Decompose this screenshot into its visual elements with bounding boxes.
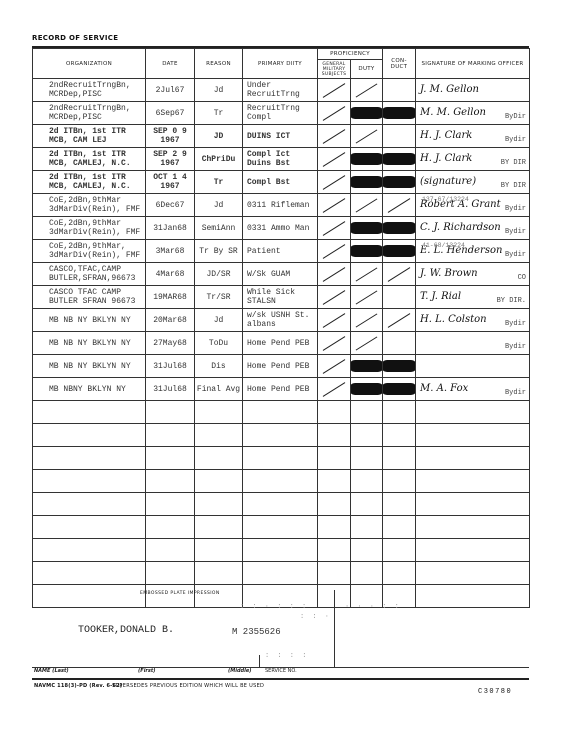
cell-organization: 2ndRecruitTrngBn, MCRDep,PISC	[33, 102, 146, 125]
slash-mark	[323, 175, 346, 190]
cell-duty	[351, 332, 383, 355]
empty-cell	[351, 470, 383, 493]
cell-date: 19MAR68	[146, 286, 195, 309]
empty-cell	[318, 447, 351, 470]
cell-signature: Bydir	[416, 332, 530, 355]
redaction-mark	[383, 360, 416, 372]
by-direction-note: Bydir	[505, 320, 526, 329]
slash-mark	[323, 359, 346, 374]
cell-gms	[318, 102, 351, 125]
empty-row	[33, 424, 530, 447]
cell-organization: CASCO TFAC CAMP BUTLER SFRAN 96673	[33, 286, 146, 309]
cell-signature: J. W. BrownCO	[416, 263, 530, 286]
cell-gms	[318, 125, 351, 148]
empty-cell	[351, 424, 383, 447]
by-direction-note: Bydir	[505, 389, 526, 398]
plate-label: EMBOSSED PLATE IMPRESSION	[140, 591, 220, 596]
table-row: 2d ITBn, 1st ITR MCB, CAM LEJSEP 0 9 196…	[33, 125, 530, 148]
cell-signature: J. M. Gellon	[416, 79, 530, 102]
cell-primary-duty: Home Pend PEB	[243, 332, 318, 355]
empty-cell	[383, 447, 416, 470]
header-gms: GENERAL MILITARY SUBJECTS	[318, 60, 351, 79]
cell-gms	[318, 355, 351, 378]
cell-date: 31Jul68	[146, 355, 195, 378]
document-title: RECORD OF SERVICE	[32, 34, 118, 42]
cell-duty	[351, 194, 383, 217]
by-direction-note: BY DIR.	[497, 297, 526, 306]
header-signature: SIGNATURE OF MARKING OFFICER	[416, 49, 530, 79]
slash-mark	[323, 313, 346, 328]
empty-cell	[243, 401, 318, 424]
by-direction-note: BY DIR	[501, 159, 526, 168]
empty-row	[33, 516, 530, 539]
empty-cell	[146, 424, 195, 447]
cell-primary-duty: RecruitTrng Compl	[243, 102, 318, 125]
cell-reason: Tr	[195, 171, 243, 194]
table-row: 2ndRecruitTrngBn, MCRDep,PISC2Jul67JdUnd…	[33, 79, 530, 102]
cell-organization: CoE,2dBn,9thMar 3dMarDiv(Rein), FMF	[33, 217, 146, 240]
cell-conduct	[383, 263, 416, 286]
cell-primary-duty: w/sk USNH St. albans	[243, 309, 318, 332]
cell-primary-duty: DUINS ICT	[243, 125, 318, 148]
slash-mark	[323, 244, 346, 259]
cell-signature: H. J. ClarkBydir	[416, 125, 530, 148]
cell-conduct	[383, 378, 416, 401]
empty-cell	[318, 562, 351, 585]
label-middle-name: (Middle)	[228, 668, 252, 674]
cell-primary-duty: While Sick STALSN	[243, 286, 318, 309]
empty-cell	[146, 562, 195, 585]
cell-gms	[318, 309, 351, 332]
empty-cell	[243, 516, 318, 539]
empty-cell	[146, 516, 195, 539]
empty-cell	[33, 585, 146, 608]
cell-conduct	[383, 332, 416, 355]
supersedes-note: SUPERSEDES PREVIOUS EDITION WHICH WILL B…	[112, 683, 264, 689]
table-row: 2d ITBn, 1st ITR MCB, CAMLEJ, N.C.SEP 2 …	[33, 148, 530, 171]
header-conduct: CON-DUCT	[383, 49, 416, 79]
empty-row	[33, 493, 530, 516]
signature: M. A. Fox	[416, 383, 468, 394]
cell-duty	[351, 217, 383, 240]
by-direction-note: Bydir	[505, 251, 526, 260]
cell-gms	[318, 194, 351, 217]
cell-organization: 2ndRecruitTrngBn, MCRDep,PISC	[33, 79, 146, 102]
header-primary-duty: PRIMARY DIITY	[243, 49, 318, 79]
slash-mark	[323, 336, 346, 351]
table-row: CoE,2dBn,9thMar 3dMarDiv(Rein), FMF6Dec6…	[33, 194, 530, 217]
empty-cell	[318, 493, 351, 516]
form-number: NAVMC 118(3)-PD (Rev. 6-62)	[34, 683, 122, 689]
cell-signature: M. A. FoxBydir	[416, 378, 530, 401]
cell-signature: 41-68/13224E. L. HendersonBydir	[416, 240, 530, 263]
cell-duty	[351, 171, 383, 194]
cell-reason: JD	[195, 125, 243, 148]
redaction-mark	[351, 360, 383, 372]
cell-duty	[351, 148, 383, 171]
cell-duty	[351, 125, 383, 148]
empty-cell	[33, 516, 146, 539]
slash-mark	[388, 313, 411, 328]
empty-row	[33, 539, 530, 562]
empty-cell	[416, 585, 530, 608]
empty-cell	[195, 539, 243, 562]
slash-mark	[356, 290, 378, 304]
signature: H. J. Clark	[416, 153, 472, 164]
cell-conduct	[383, 79, 416, 102]
cell-gms	[318, 240, 351, 263]
cell-primary-duty: W/Sk GUAM	[243, 263, 318, 286]
slash-mark	[323, 106, 346, 121]
empty-cell	[416, 539, 530, 562]
cell-organization: CoE,2dBn,9thMar, 3dMarDiv(Rein), FMF	[33, 240, 146, 263]
by-direction-note: Bydir	[505, 228, 526, 237]
empty-cell	[351, 493, 383, 516]
empty-cell	[318, 539, 351, 562]
cell-date: 20Mar68	[146, 309, 195, 332]
cell-reason: Jd	[195, 79, 243, 102]
signature: M. M. Gellon	[416, 107, 486, 118]
label-last-name: NAME (Last)	[34, 668, 69, 674]
embossed-dots: · · · : :	[345, 603, 401, 611]
cell-date: 6Sep67	[146, 102, 195, 125]
empty-cell	[351, 516, 383, 539]
header-duty: DUTY	[351, 60, 383, 79]
cell-reason: Tr/SR	[195, 286, 243, 309]
empty-cell	[243, 447, 318, 470]
empty-cell	[146, 470, 195, 493]
cell-gms	[318, 217, 351, 240]
cell-reason: Tr By SR	[195, 240, 243, 263]
empty-cell	[318, 470, 351, 493]
empty-cell	[33, 401, 146, 424]
empty-row	[33, 470, 530, 493]
table-row: CASCO TFAC CAMP BUTLER SFRAN 9667319MAR6…	[33, 286, 530, 309]
table-row: MB NB NY BKLYN NY31Jul68DisHome Pend PEB	[33, 355, 530, 378]
cell-organization: MB NB NY BKLYN NY	[33, 355, 146, 378]
slash-mark	[388, 267, 411, 282]
empty-cell	[383, 424, 416, 447]
empty-cell	[146, 585, 195, 608]
plate-service-number: M 2355626	[232, 627, 281, 637]
empty-cell	[33, 539, 146, 562]
redaction-mark	[383, 383, 416, 395]
slash-mark	[323, 198, 346, 213]
empty-cell	[195, 401, 243, 424]
empty-cell	[351, 401, 383, 424]
redaction-mark	[383, 245, 416, 257]
cell-conduct	[383, 309, 416, 332]
cell-primary-duty: Compl Ict Duins Bst	[243, 148, 318, 171]
cell-signature: H. L. ColstonBydir	[416, 309, 530, 332]
slash-mark	[323, 290, 346, 305]
slash-mark	[356, 83, 378, 97]
empty-cell	[351, 447, 383, 470]
cell-duty	[351, 378, 383, 401]
cell-reason: ChPriDu	[195, 148, 243, 171]
slash-mark	[356, 198, 378, 212]
redaction-mark	[351, 222, 383, 234]
by-direction-note: BY DIR	[501, 182, 526, 191]
redaction-mark	[383, 176, 416, 188]
cell-conduct	[383, 171, 416, 194]
rows-body: 2ndRecruitTrngBn, MCRDep,PISC2Jul67JdUnd…	[33, 79, 530, 608]
empty-cell	[383, 401, 416, 424]
table-row: MB NB NY BKLYN NY20Mar68Jdw/sk USNH St. …	[33, 309, 530, 332]
cell-conduct	[383, 148, 416, 171]
empty-cell	[383, 562, 416, 585]
cell-organization: 2d ITBn, 1st ITR MCB, CAM LEJ	[33, 125, 146, 148]
slash-mark	[323, 152, 346, 167]
name-field-divider	[259, 655, 260, 667]
empty-cell	[416, 424, 530, 447]
redaction-mark	[351, 245, 383, 257]
empty-cell	[243, 562, 318, 585]
table-row: MB NB NY BKLYN NY27May68ToDuHome Pend PE…	[33, 332, 530, 355]
cell-primary-duty: 0311 Rifleman	[243, 194, 318, 217]
slash-mark	[323, 83, 346, 98]
redaction-mark	[383, 107, 416, 119]
empty-row	[33, 401, 530, 424]
by-direction-note: Bydir	[505, 343, 526, 352]
header-proficiency: PROFICIENCY	[318, 49, 383, 60]
empty-cell	[33, 470, 146, 493]
plate-divider	[334, 590, 335, 668]
cell-gms	[318, 332, 351, 355]
empty-cell	[416, 401, 530, 424]
cell-duty	[351, 79, 383, 102]
cell-conduct	[383, 286, 416, 309]
empty-cell	[195, 424, 243, 447]
slash-mark	[323, 221, 346, 236]
control-number: C30780	[478, 688, 512, 696]
cell-organization: MB NB NY BKLYN NY	[33, 309, 146, 332]
cell-date: 6Dec67	[146, 194, 195, 217]
signature	[416, 337, 420, 348]
cell-date: 3Mar68	[146, 240, 195, 263]
redaction-mark	[351, 383, 383, 395]
footer-rule	[32, 678, 529, 680]
cell-primary-duty: Home Pend PEB	[243, 355, 318, 378]
empty-cell	[383, 539, 416, 562]
empty-cell	[33, 424, 146, 447]
cell-conduct	[383, 217, 416, 240]
empty-cell	[146, 447, 195, 470]
cell-reason: Jd	[195, 194, 243, 217]
cell-gms	[318, 263, 351, 286]
empty-cell	[33, 562, 146, 585]
table-row: 2ndRecruitTrngBn, MCRDep,PISC6Sep67TrRec…	[33, 102, 530, 125]
empty-cell	[195, 470, 243, 493]
cell-signature: M. M. GellonByDir	[416, 102, 530, 125]
empty-cell	[318, 516, 351, 539]
table-row: CoE,2dBn,9thMar, 3dMarDiv(Rein), FMF3Mar…	[33, 240, 530, 263]
header-organization: ORGANIZATION	[33, 49, 146, 79]
cell-duty	[351, 263, 383, 286]
slash-mark	[356, 129, 378, 143]
cell-signature: T. J. RialBY DIR.	[416, 286, 530, 309]
cell-date: SEP 0 9 1967	[146, 125, 195, 148]
signature: (signature)	[416, 176, 476, 187]
cell-organization: MB NB NY BKLYN NY	[33, 332, 146, 355]
redaction-mark	[383, 222, 416, 234]
header-reason: REASON	[195, 49, 243, 79]
empty-cell	[195, 516, 243, 539]
cell-primary-duty: Home Pend PEB	[243, 378, 318, 401]
cell-gms	[318, 148, 351, 171]
header-date: DATE	[146, 49, 195, 79]
empty-cell	[243, 539, 318, 562]
cell-date: 31Jul68	[146, 378, 195, 401]
signature: J. W. Brown	[416, 268, 478, 279]
redaction-mark	[383, 153, 416, 165]
cell-date: 27May68	[146, 332, 195, 355]
cell-reason: Tr	[195, 102, 243, 125]
empty-cell	[195, 562, 243, 585]
cell-organization: MB NBNY BKLYN NY	[33, 378, 146, 401]
label-service-no: SERVICE NO.	[265, 668, 297, 674]
embossed-dots: : : · : : :	[240, 603, 308, 611]
empty-cell	[195, 447, 243, 470]
cell-reason: Final Avg	[195, 378, 243, 401]
cell-gms	[318, 79, 351, 102]
cell-organization: CASCO,TFAC,CAMP BUTLER,SFRAN,96673	[33, 263, 146, 286]
cell-conduct	[383, 102, 416, 125]
cell-duty	[351, 286, 383, 309]
embossed-dots: : : : :	[265, 652, 308, 660]
empty-cell	[243, 493, 318, 516]
redaction-mark	[351, 153, 383, 165]
empty-row	[33, 447, 530, 470]
by-direction-note: Bydir	[505, 136, 526, 145]
cell-primary-duty: Compl Bst	[243, 171, 318, 194]
cell-date: OCT 1 4 1967	[146, 171, 195, 194]
empty-cell	[416, 562, 530, 585]
empty-cell	[416, 493, 530, 516]
cell-duty	[351, 102, 383, 125]
service-record-table: ORGANIZATION DATE REASON PRIMARY DIITY P…	[32, 48, 530, 608]
cell-gms	[318, 286, 351, 309]
embossed-dots: : : ·	[300, 613, 331, 621]
slash-mark	[356, 267, 378, 281]
signature	[416, 360, 420, 371]
empty-cell	[318, 424, 351, 447]
cell-primary-duty: Patient	[243, 240, 318, 263]
cell-date: SEP 2 9 1967	[146, 148, 195, 171]
cell-primary-duty: Under RecruitTrng	[243, 79, 318, 102]
empty-cell	[146, 539, 195, 562]
cell-gms	[318, 171, 351, 194]
empty-cell	[416, 447, 530, 470]
signature: C. J. Richardson	[416, 222, 501, 233]
cell-date: 4Mar68	[146, 263, 195, 286]
empty-cell	[351, 539, 383, 562]
empty-cell	[383, 470, 416, 493]
cell-signature	[416, 355, 530, 378]
signature: J. M. Gellon	[416, 84, 479, 95]
slash-mark	[388, 198, 411, 213]
empty-cell	[383, 493, 416, 516]
cell-primary-duty: 0331 Ammo Man	[243, 217, 318, 240]
empty-cell	[351, 562, 383, 585]
cell-date: 2Jul67	[146, 79, 195, 102]
cell-conduct	[383, 125, 416, 148]
cell-organization: 2d ITBn, 1st ITR MCB, CAMLEJ, N.C.	[33, 171, 146, 194]
empty-cell	[383, 516, 416, 539]
redaction-mark	[351, 107, 383, 119]
cell-reason: Dis	[195, 355, 243, 378]
empty-row	[33, 562, 530, 585]
cell-duty	[351, 309, 383, 332]
empty-cell	[243, 470, 318, 493]
table-row: CoE,2dBn,9thMar 3dMarDiv(Rein), FMF31Jan…	[33, 217, 530, 240]
cell-reason: JD/SR	[195, 263, 243, 286]
empty-cell	[146, 401, 195, 424]
cell-reason: SemiAnn	[195, 217, 243, 240]
slash-mark	[323, 129, 346, 144]
cell-organization: 2d ITBn, 1st ITR MCB, CAMLEJ, N.C.	[33, 148, 146, 171]
cell-duty	[351, 240, 383, 263]
by-direction-note: Bydir	[505, 205, 526, 214]
signature-reference: 41-68/13224	[422, 241, 465, 250]
signature-reference: 137-67/13224	[422, 195, 469, 204]
signature: H. L. Colston	[416, 314, 487, 325]
empty-cell	[33, 493, 146, 516]
table-row: MB NBNY BKLYN NY31Jul68Final AvgHome Pen…	[33, 378, 530, 401]
cell-gms	[318, 378, 351, 401]
slash-mark	[356, 336, 378, 350]
slash-mark	[323, 382, 346, 397]
cell-duty	[351, 355, 383, 378]
signature: T. J. Rial	[416, 291, 461, 302]
empty-cell	[195, 493, 243, 516]
empty-cell	[33, 447, 146, 470]
cell-signature: C. J. RichardsonBydir	[416, 217, 530, 240]
slash-mark	[356, 313, 378, 327]
cell-reason: ToDu	[195, 332, 243, 355]
signature: H. J. Clark	[416, 130, 472, 141]
cell-date: 31Jan68	[146, 217, 195, 240]
empty-cell	[416, 470, 530, 493]
cell-signature: H. J. ClarkBY DIR	[416, 148, 530, 171]
table-row: CASCO,TFAC,CAMP BUTLER,SFRAN,966734Mar68…	[33, 263, 530, 286]
label-first-name: (First)	[138, 668, 156, 674]
cell-signature: 137-67/13224Robert A. GrantBydir	[416, 194, 530, 217]
cell-conduct	[383, 240, 416, 263]
table-row: 2d ITBn, 1st ITR MCB, CAMLEJ, N.C.OCT 1 …	[33, 171, 530, 194]
cell-organization: CoE,2dBn,9thMar 3dMarDiv(Rein), FMF	[33, 194, 146, 217]
redaction-mark	[351, 176, 383, 188]
empty-cell	[243, 424, 318, 447]
cell-signature: (signature)BY DIR	[416, 171, 530, 194]
empty-cell	[416, 516, 530, 539]
by-direction-note: ByDir	[505, 113, 526, 122]
slash-mark	[323, 267, 346, 282]
empty-cell	[318, 401, 351, 424]
plate-name: TOOKER,DONALD B.	[78, 625, 174, 636]
cell-conduct	[383, 194, 416, 217]
empty-cell	[195, 585, 243, 608]
by-direction-note: CO	[518, 274, 526, 283]
cell-reason: Jd	[195, 309, 243, 332]
cell-conduct	[383, 355, 416, 378]
empty-cell	[146, 493, 195, 516]
